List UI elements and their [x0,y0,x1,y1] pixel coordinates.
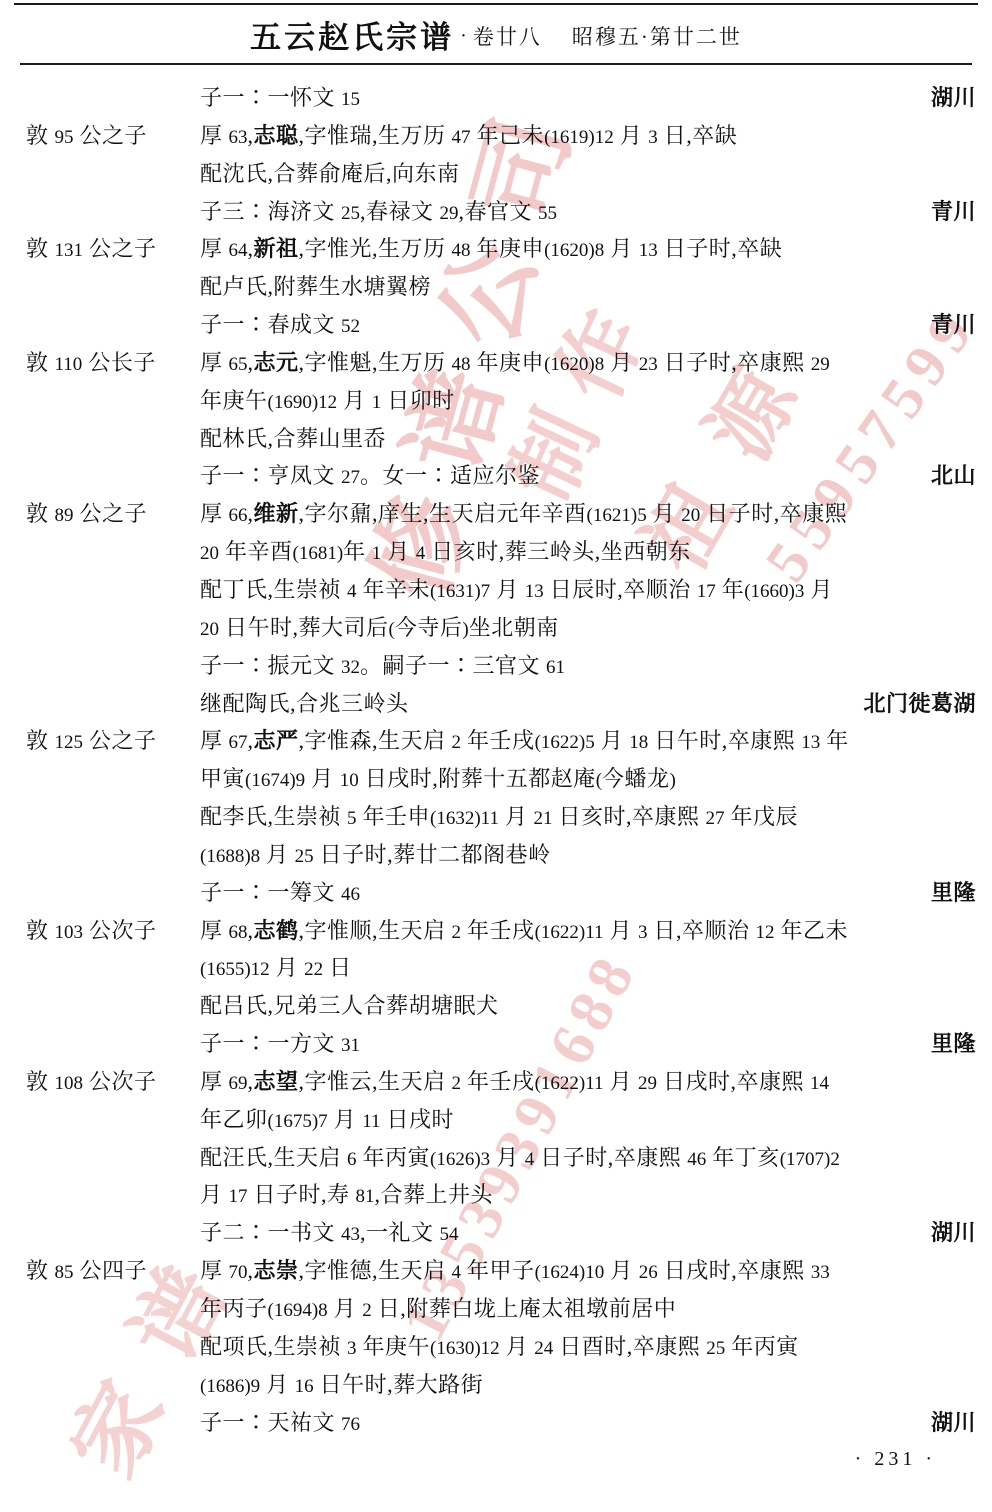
entry-line: 敦 110 公长子厚 65,志元,字惟魁,生万历 48 年庚申(1620)8 月… [0,344,992,382]
entry-text: 子一∶亨凤文 27。女一∶适应尔鉴 [200,457,540,497]
entry-text: 厚 65,志元,字惟魁,生万历 48 年庚申(1620)8 月 23 日子时,卒… [200,344,830,384]
entry-text: 配林氏,合葬山里岙 [200,420,386,458]
residence-label: 里隆 [931,874,976,912]
numeral: 3 [347,1338,357,1359]
text-segment: 日,卒顺治 [648,918,756,943]
residence-label: 湖川 [931,1214,976,1252]
text-segment: 敦 [26,123,55,148]
text-segment: ,合葬上井头 [375,1182,494,1207]
entry-line: 敦 108 公次子厚 69,志望,字惟云,生天启 2 年壬戌(1622)11 月… [0,1063,992,1101]
text-segment: 子一∶春成文 [200,312,341,337]
text-segment: 月 [500,1334,535,1359]
page-number: · 231 · [855,1448,936,1471]
text-segment: 月 [804,577,833,602]
text-segment: 厚 [200,236,229,261]
entry-text: 配汪氏,生天启 6 年丙寅(1626)3 月 4 日子时,卒康熙 46 年丁亥(… [200,1139,840,1179]
entry-line: (1686)9 月 16 日午时,葬大路街 [0,1366,992,1404]
text-segment: 日子时,寿 [248,1182,356,1207]
numeral: 4 [525,1149,535,1170]
entry-line: 甲寅(1674)9 月 10 日戌时,附葬十五都赵庵(今蟠龙) [0,760,992,798]
text-segment: 甲寅 [200,766,245,791]
entry-line: 20 日午时,葬大司后(今寺后)坐北朝南 [0,609,992,647]
text-segment: 月 [260,1372,295,1397]
text-segment: 年庚申 [471,236,545,261]
text-segment: 月 [647,501,682,526]
entry-text: 子一∶春成文 52 [200,306,360,346]
numeral: (1655)12 [200,959,270,980]
entry-line: 子一∶一筹文 46里隆 [0,874,992,912]
genealogy-page: 修谱公司制作祖源5595759913539391688家谱 五云赵氏宗谱·卷廿八… [0,0,992,1512]
numeral: 23 [639,354,658,375]
numeral: (1675)7 [268,1111,328,1132]
text-segment: 年戊辰 [725,804,799,829]
text-segment: ,字惟瑞,生万历 [299,123,452,148]
text-segment: 敦 [26,1258,55,1283]
entry-line: 敦 131 公之子厚 64,新祖,字惟光,生万历 48 年庚申(1620)8 月… [0,230,992,268]
generation-label: 敦 103 公次子 [26,912,200,952]
numeral: 24 [534,1338,553,1359]
numeral: 2 [362,1300,372,1321]
numeral: (1674)9 [245,770,305,791]
text-segment: 配林氏,合葬山里岙 [200,426,386,451]
numeral: 89 [55,505,74,526]
entry-line: 配李氏,生崇祯 5 年壬申(1632)11 月 21 日亥时,卒康熙 27 年戊… [0,798,992,836]
residence-label: 湖川 [931,1404,976,1442]
numeral: (1622)5 [535,732,595,753]
text-segment: 新祖 [254,236,299,261]
entry-text: 配沈氏,合葬俞庵后,向东南 [200,155,460,193]
entry-text: 子二∶一书文 43,一礼文 54 [200,1214,459,1254]
entry-line: 配丁氏,生崇祯 4 年辛未(1631)7 月 13 日辰时,卒顺治 17 年(1… [0,571,992,609]
numeral: (1681) [293,543,344,564]
numeral: 20 [681,505,700,526]
text-segment: 日子时,卒康熙 [658,350,811,375]
text-segment: 厚 [200,123,229,148]
numeral: (1686)9 [200,1376,260,1397]
entry-line: (1655)12 月 22 日 [0,949,992,987]
text-segment: 月 [337,388,372,413]
numeral: 4 [416,543,426,564]
text-segment: 月 [595,728,630,753]
numeral: 54 [440,1224,459,1245]
entry-text: 厚 69,志望,字惟云,生天启 2 年壬戌(1622)11 月 29 日戌时,卒… [200,1063,829,1103]
text-segment: 年壬戌 [461,728,535,753]
numeral: 64 [229,240,248,261]
text-segment: 志严 [254,728,299,753]
text-segment: ,春官文 [459,199,539,224]
numeral: 27 [341,467,360,488]
numeral: 95 [55,127,74,148]
text-segment: 日酉时,卒康熙 [553,1334,706,1359]
text-segment: 日亥时,卒康熙 [553,804,706,829]
text-segment: 日戌时 [380,1107,454,1132]
entry-text: 厚 67,志严,字惟森,生天启 2 年壬戌(1622)5 月 18 日午时,卒康… [200,722,849,762]
text-segment: 配丁氏,生崇祯 [200,577,347,602]
numeral: 103 [55,922,84,943]
entry-text: 厚 63,志聪,字惟瑞,生万历 47 年己未(1619)12 月 3 日,卒缺 [200,117,737,157]
page-header: 五云赵氏宗谱·卷廿八昭穆五·第廿二世 [0,12,992,57]
numeral: 69 [229,1073,248,1094]
numeral: 22 [304,959,323,980]
text-segment: 敦 [26,236,55,261]
text-segment: ,字惟德,生天启 [299,1258,452,1283]
text-segment: 年庚午 [200,388,268,413]
numeral: 76 [341,1414,360,1435]
text-segment: 坐北朝南 [469,615,559,640]
entry-line: 敦 125 公之子厚 67,志严,字惟森,生天启 2 年壬戌(1622)5 月 … [0,722,992,760]
entry-line: 配林氏,合葬山里岙 [0,420,992,458]
numeral: 5 [347,808,357,829]
numeral: 29 [638,1073,657,1094]
text-segment: 年甲子 [461,1258,535,1283]
text-segment: 。嗣子一∶三官文 [360,653,546,678]
entry-text: 配丁氏,生崇祯 4 年辛未(1631)7 月 13 日辰时,卒顺治 17 年(1… [200,571,833,611]
text-segment: 今蟠龙 [602,766,670,791]
text-segment: 厚 [200,918,229,943]
entry-text: (1655)12 月 22 日 [200,949,352,989]
numeral: (1622)11 [535,922,604,943]
text-segment: 志元 [254,350,299,375]
text-segment: 厚 [200,728,229,753]
entry-line: 子一∶亨凤文 27。女一∶适应尔鉴北山 [0,457,992,495]
page-content: 五云赵氏宗谱·卷廿八昭穆五·第廿二世 子一∶一怀文 15湖川敦 95 公之子厚 … [0,0,992,1512]
text-segment: 日子时,卒康熙 [534,1145,687,1170]
text-segment: ,字惟顺,生天启 [299,918,452,943]
entry-line: 敦 95 公之子厚 63,志聪,字惟瑞,生万历 47 年己未(1619)12 月… [0,117,992,155]
numeral: (1621)5 [587,505,647,526]
numeral: 17 [229,1186,248,1207]
entry-text: 甲寅(1674)9 月 10 日戌时,附葬十五都赵庵(今蟠龙) [200,760,676,800]
numeral: 11 [362,1111,380,1132]
numeral: 2 [452,732,462,753]
entry-text: (1686)9 月 16 日午时,葬大路街 [200,1366,483,1406]
text-segment: 维新 [254,501,299,526]
entry-line: 配项氏,生崇祯 3 年庚午(1630)12 月 24 日酉时,卒康熙 25 年丙… [0,1328,992,1366]
numeral: 20 [200,619,219,640]
text-segment: ,字惟魁,生万历 [299,350,452,375]
entry-text: 子一∶天祐文 76 [200,1404,360,1444]
numeral: 66 [229,505,248,526]
text-segment: 日子时,卒康熙 [700,501,847,526]
numeral: (1620)8 [544,240,604,261]
numeral: 1 [372,543,382,564]
numeral: 47 [452,127,471,148]
entry-line: 子一∶一方文 31里隆 [0,1025,992,1063]
text-segment: 年 [820,728,849,753]
text-segment: 配汪氏,生天启 [200,1145,347,1170]
text-segment: 年辛未 [357,577,431,602]
numeral: 2 [452,922,462,943]
entry-line: 子二∶一书文 43,一礼文 54湖川 [0,1214,992,1252]
entry-rows: 子一∶一怀文 15湖川敦 95 公之子厚 63,志聪,字惟瑞,生万历 47 年己… [0,79,992,1441]
text-segment: 年壬申 [357,804,431,829]
text-segment: 月 [200,1182,229,1207]
text-segment: 日亥时,葬三岭头,坐西朝东 [425,539,691,564]
text-segment: 子一∶亨凤文 [200,463,341,488]
numeral: 14 [810,1073,829,1094]
text-segment: 志崇 [254,1258,299,1283]
text-segment: 厚 [200,501,229,526]
numeral: 26 [639,1262,658,1283]
text-segment: 公四子 [74,1258,148,1283]
numeral: 131 [55,240,84,261]
numeral: 25 [341,203,360,224]
text-segment: 年丙寅 [725,1334,799,1359]
numeral: (1707)2 [780,1149,840,1170]
text-segment: 月 [270,955,305,980]
entry-text: 20 年辛酉(1681)年 1 月 4 日亥时,葬三岭头,坐西朝东 [200,533,691,573]
numeral: 15 [341,89,360,110]
text-segment: 日 [323,955,352,980]
text-segment: 敦 [26,350,55,375]
text-segment: 志望 [254,1069,299,1094]
text-segment: 子一∶天祐文 [200,1410,341,1435]
numeral: 13 [639,240,658,261]
text-segment: 月 [305,766,340,791]
text-segment: 年己未 [471,123,545,148]
numeral: 61 [546,657,565,678]
entry-text: 子三∶海济文 25,春禄文 29,春官文 55 [200,193,557,233]
text-segment: 日子时,卒缺 [658,236,783,261]
text-segment: 公之子 [74,123,148,148]
entry-line: 敦 89 公之子厚 66,维新,字尔鼐,庠生,生天启元年辛酉(1621)5 月 … [0,495,992,533]
text-segment: 公之子 [83,236,157,261]
generation-label: 敦 85 公四子 [26,1252,200,1292]
entry-text: 子一∶一方文 31 [200,1025,360,1065]
entry-text: 继配陶氏,合兆三岭头 [200,685,409,723]
text-segment: 厚 [200,1258,229,1283]
section-label: 昭穆五·第廿二世 [572,25,742,49]
numeral: 46 [341,884,360,905]
entry-text: 子一∶一怀文 15 [200,79,360,119]
entry-line: 敦 103 公次子厚 68,志鹤,字惟顺,生天启 2 年壬戌(1622)11 月… [0,912,992,950]
numeral: 27 [706,808,725,829]
text-segment: 年辛酉 [219,539,293,564]
numeral: 4 [347,581,357,602]
numeral: (1632)11 [430,808,499,829]
entry-text: 配吕氏,兄弟三人合葬胡塘眠犬 [200,987,499,1025]
entry-text: (1688)8 月 25 日子时,葬廿二都阁巷岭 [200,836,551,876]
entry-line: 年丙子(1694)8 月 2 日,附葬白垅上庵太祖墩前居中 [0,1290,992,1328]
text-segment: 月 [328,1107,363,1132]
residence-label: 湖川 [931,79,976,117]
text-segment: 子一∶一方文 [200,1031,341,1056]
text-segment: 日午时,卒康熙 [648,728,801,753]
numeral: (1622)11 [535,1073,604,1094]
text-segment: 敦 [26,1069,55,1094]
text-segment: 今寺后 [395,615,463,640]
top-border-line [14,3,978,5]
text-segment: 公次子 [83,1069,157,1094]
generation-label: 敦 89 公之子 [26,495,200,535]
numeral: 3 [648,127,658,148]
entry-text: 配卢氏,附葬生水塘翼榜 [200,268,431,306]
text-segment: ,一礼文 [360,1220,440,1245]
numeral: 65 [229,354,248,375]
text-segment: 敦 [26,918,55,943]
text-segment: 配沈氏,合葬俞庵后,向东南 [200,161,460,186]
entry-line: 配吕氏,兄弟三人合葬胡塘眠犬 [0,987,992,1025]
text-segment: 月 [499,804,534,829]
numeral: (1688)8 [200,846,260,867]
text-segment: 月 [381,539,416,564]
entry-text: 年乙卯(1675)7 月 11 日戌时 [200,1101,454,1141]
text-segment: 年壬戌 [461,1069,535,1094]
text-segment: ,春禄文 [360,199,440,224]
generation-label: 敦 125 公之子 [26,722,200,762]
text-segment: 年乙卯 [200,1107,268,1132]
text-segment: 公长子 [82,350,156,375]
text-segment: 子一∶一怀文 [200,85,341,110]
text-segment: 志鹤 [254,918,299,943]
numeral: 4 [452,1262,462,1283]
entry-text: 子一∶一筹文 46 [200,874,360,914]
numeral: (1626)3 [430,1149,490,1170]
entry-line: 月 17 日子时,寿 81,合葬上井头 [0,1176,992,1214]
text-segment: 年 [716,577,745,602]
numeral: (1630)12 [430,1338,500,1359]
numeral: 31 [341,1035,360,1056]
text-segment: ,字惟森,生天启 [299,728,452,753]
text-segment: 日子时,葬廿二都阁巷岭 [314,842,551,867]
text-segment: 敦 [26,501,55,526]
book-title: 五云赵氏宗谱 [250,20,454,55]
text-segment: 日,卒缺 [658,123,738,148]
numeral: 108 [55,1073,84,1094]
numeral: 33 [811,1262,830,1283]
text-segment: 日午时,葬大司后 [219,615,389,640]
entry-line: 配沈氏,合葬俞庵后,向东南 [0,155,992,193]
numeral: 70 [229,1262,248,1283]
text-segment: 月 [604,1069,639,1094]
text-segment: ,字尔鼐,庠生,生天启元年辛酉 [299,501,587,526]
numeral: (1694)8 [268,1300,328,1321]
text-segment: 厚 [200,1069,229,1094]
entry-line: 年庚午(1690)12 月 1 日卯时 [0,382,992,420]
numeral: 110 [55,354,83,375]
generation-label: 敦 95 公之子 [26,117,200,157]
entry-line: 子一∶振元文 32。嗣子一∶三官文 61 [0,647,992,685]
text-segment: 日辰时,卒顺治 [544,577,697,602]
entry-text: 厚 64,新祖,字惟光,生万历 48 年庚申(1620)8 月 13 日子时,卒… [200,230,782,270]
entry-text: 厚 66,维新,字尔鼐,庠生,生天启元年辛酉(1621)5 月 20 日子时,卒… [200,495,847,535]
text-segment: 志聪 [254,123,299,148]
text-segment: 。女一∶适应尔鉴 [360,463,540,488]
text-segment: 日午时,葬大路街 [314,1372,484,1397]
entry-line: 配汪氏,生天启 6 年丙寅(1626)3 月 4 日子时,卒康熙 46 年丁亥(… [0,1139,992,1177]
entry-text: 厚 68,志鹤,字惟顺,生天启 2 年壬戌(1622)11 月 3 日,卒顺治 … [200,912,848,952]
text-segment: 月 [604,350,639,375]
entry-line: 敦 85 公四子厚 70,志崇,字惟德,生天启 4 年甲子(1624)10 月 … [0,1252,992,1290]
entry-line: 20 年辛酉(1681)年 1 月 4 日亥时,葬三岭头,坐西朝东 [0,533,992,571]
numeral: 29 [440,203,459,224]
entry-text: 配李氏,生崇祯 5 年壬申(1632)11 月 21 日亥时,卒康熙 27 年戊… [200,798,798,838]
text-segment: 日,附葬白垅上庵太祖墩前居中 [372,1296,677,1321]
numeral: (1690)12 [268,392,338,413]
numeral: 16 [295,1376,314,1397]
text-segment: 年丁亥 [706,1145,780,1170]
residence-label: 青川 [931,306,976,344]
numeral: 6 [347,1149,357,1170]
numeral: 43 [341,1224,360,1245]
entry-text: 年庚午(1690)12 月 1 日卯时 [200,382,455,422]
text-segment: 配卢氏,附葬生水塘翼榜 [200,274,431,299]
text-segment: 子三∶海济文 [200,199,341,224]
text-segment: 子一∶振元文 [200,653,341,678]
numeral: 10 [340,770,359,791]
text-segment: 月 [604,236,639,261]
numeral: 25 [706,1338,725,1359]
text-segment: 月 [490,1145,525,1170]
residence-label: 北门徙葛湖 [863,685,976,723]
numeral: 2 [452,1073,462,1094]
entry-line: 子一∶一怀文 15湖川 [0,79,992,117]
numeral: 55 [538,203,557,224]
numeral: (1619)12 [544,127,614,148]
text-segment: 年壬戌 [461,918,535,943]
numeral: 20 [200,543,219,564]
text-segment: 厚 [200,350,229,375]
text-segment: 日戌时,卒康熙 [657,1069,810,1094]
entry-text: 年丙子(1694)8 月 2 日,附葬白垅上庵太祖墩前居中 [200,1290,676,1330]
numeral: 1 [372,392,382,413]
text-segment: ,字惟光,生万历 [299,236,452,261]
text-segment: 年庚申 [471,350,545,375]
text-segment: 月 [490,577,525,602]
entry-line: 子一∶天祐文 76湖川 [0,1404,992,1442]
text-segment: 月 [260,842,295,867]
numeral: 32 [341,657,360,678]
numeral: 48 [452,240,471,261]
entry-line: 子三∶海济文 25,春禄文 29,春官文 55青川 [0,193,992,231]
numeral: (1624)10 [535,1262,605,1283]
text-segment: 月 [614,123,649,148]
numeral: 13 [801,732,820,753]
text-segment: 年丙子 [200,1296,268,1321]
text-segment: 日戌时,附葬十五都赵庵 [359,766,596,791]
numeral: 18 [629,732,648,753]
numeral: 68 [229,922,248,943]
generation-label: 敦 108 公次子 [26,1063,200,1103]
numeral: 21 [534,808,553,829]
numeral: 29 [811,354,830,375]
entry-text: 厚 70,志崇,字惟德,生天启 4 年甲子(1624)10 月 26 日戌时,卒… [200,1252,830,1292]
text-segment: 公之子 [74,501,148,526]
text-segment: 配项氏,生崇祯 [200,1334,347,1359]
entry-line: 配卢氏,附葬生水塘翼榜 [0,268,992,306]
numeral: 48 [452,354,471,375]
text-segment: 配李氏,生崇祯 [200,804,347,829]
text-segment: 年 [343,539,372,564]
generation-label: 敦 131 公之子 [26,230,200,270]
text-segment: 月 [328,1296,363,1321]
entry-text: 月 17 日子时,寿 81,合葬上井头 [200,1176,493,1216]
text-segment: 配吕氏,兄弟三人合葬胡塘眠犬 [200,993,499,1018]
numeral: (1631)7 [430,581,490,602]
text-segment: 月 [604,918,639,943]
text-segment: 继配陶氏,合兆三岭头 [200,691,409,716]
numeral: 125 [55,732,84,753]
header-rule [20,63,972,65]
numeral: (1620)8 [544,354,604,375]
numeral: 67 [229,732,248,753]
entry-line: (1688)8 月 25 日子时,葬廿二都阁巷岭 [0,836,992,874]
numeral: 25 [295,846,314,867]
numeral: 81 [356,1186,375,1207]
text-segment: 子一∶一筹文 [200,880,341,905]
numeral: 3 [638,922,648,943]
numeral: 52 [341,316,360,337]
